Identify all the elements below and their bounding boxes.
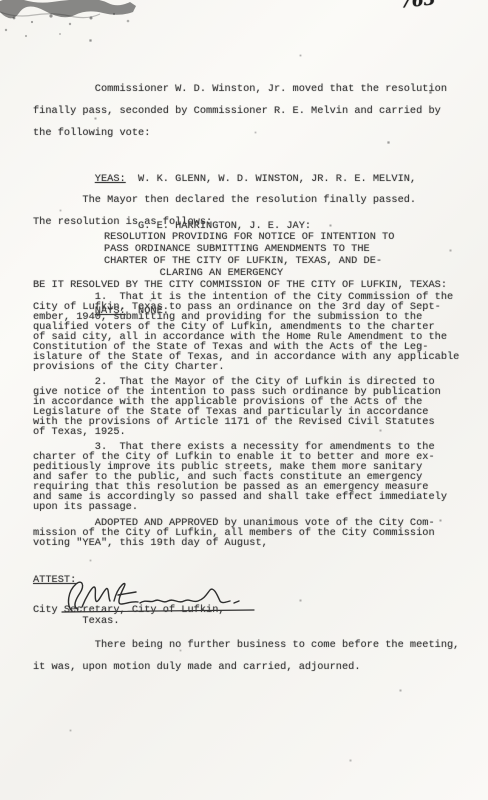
yeas-label: YEAS:: [95, 173, 126, 185]
scanned-document-page: 763 Commissioner W. D. Winston, Jr. move…: [0, 0, 488, 800]
signer-title: City Secretary, City of Lufkin, Texas.: [33, 605, 225, 626]
resolution-title: RESOLUTION PROVIDING FOR NOTICE OF INTEN…: [104, 231, 394, 279]
enacting-clause: BE IT RESOLVED BY THE CITY COMMISSION OF…: [33, 280, 447, 290]
handwritten-page-number: 763: [399, 0, 436, 13]
adoption-paragraph: ADOPTED AND APPROVED by unanimous vote o…: [33, 518, 435, 548]
resolution-section-2: 2. That the Mayor of the City of Lufkin …: [33, 377, 441, 437]
yeas-names-1: W. K. GLENN, W. D. WINSTON, JR. R. E. ME…: [126, 173, 416, 185]
indent: [33, 173, 95, 185]
yeas-line-1: YEAS: W. K. GLENN, W. D. WINSTON, JR. R.…: [33, 172, 416, 188]
closing-paragraph: There being no further business to come …: [33, 634, 459, 678]
resolution-section-1: 1. That it is the intention of the City …: [33, 292, 459, 372]
resolution-section-3: 3. That there exists a necessity for ame…: [33, 442, 447, 512]
motion-paragraph: Commissioner W. D. Winston, Jr. moved th…: [33, 78, 447, 144]
scan-smudge: [0, 0, 176, 54]
declaration-paragraph: The Mayor then declared the resolution f…: [33, 189, 416, 233]
